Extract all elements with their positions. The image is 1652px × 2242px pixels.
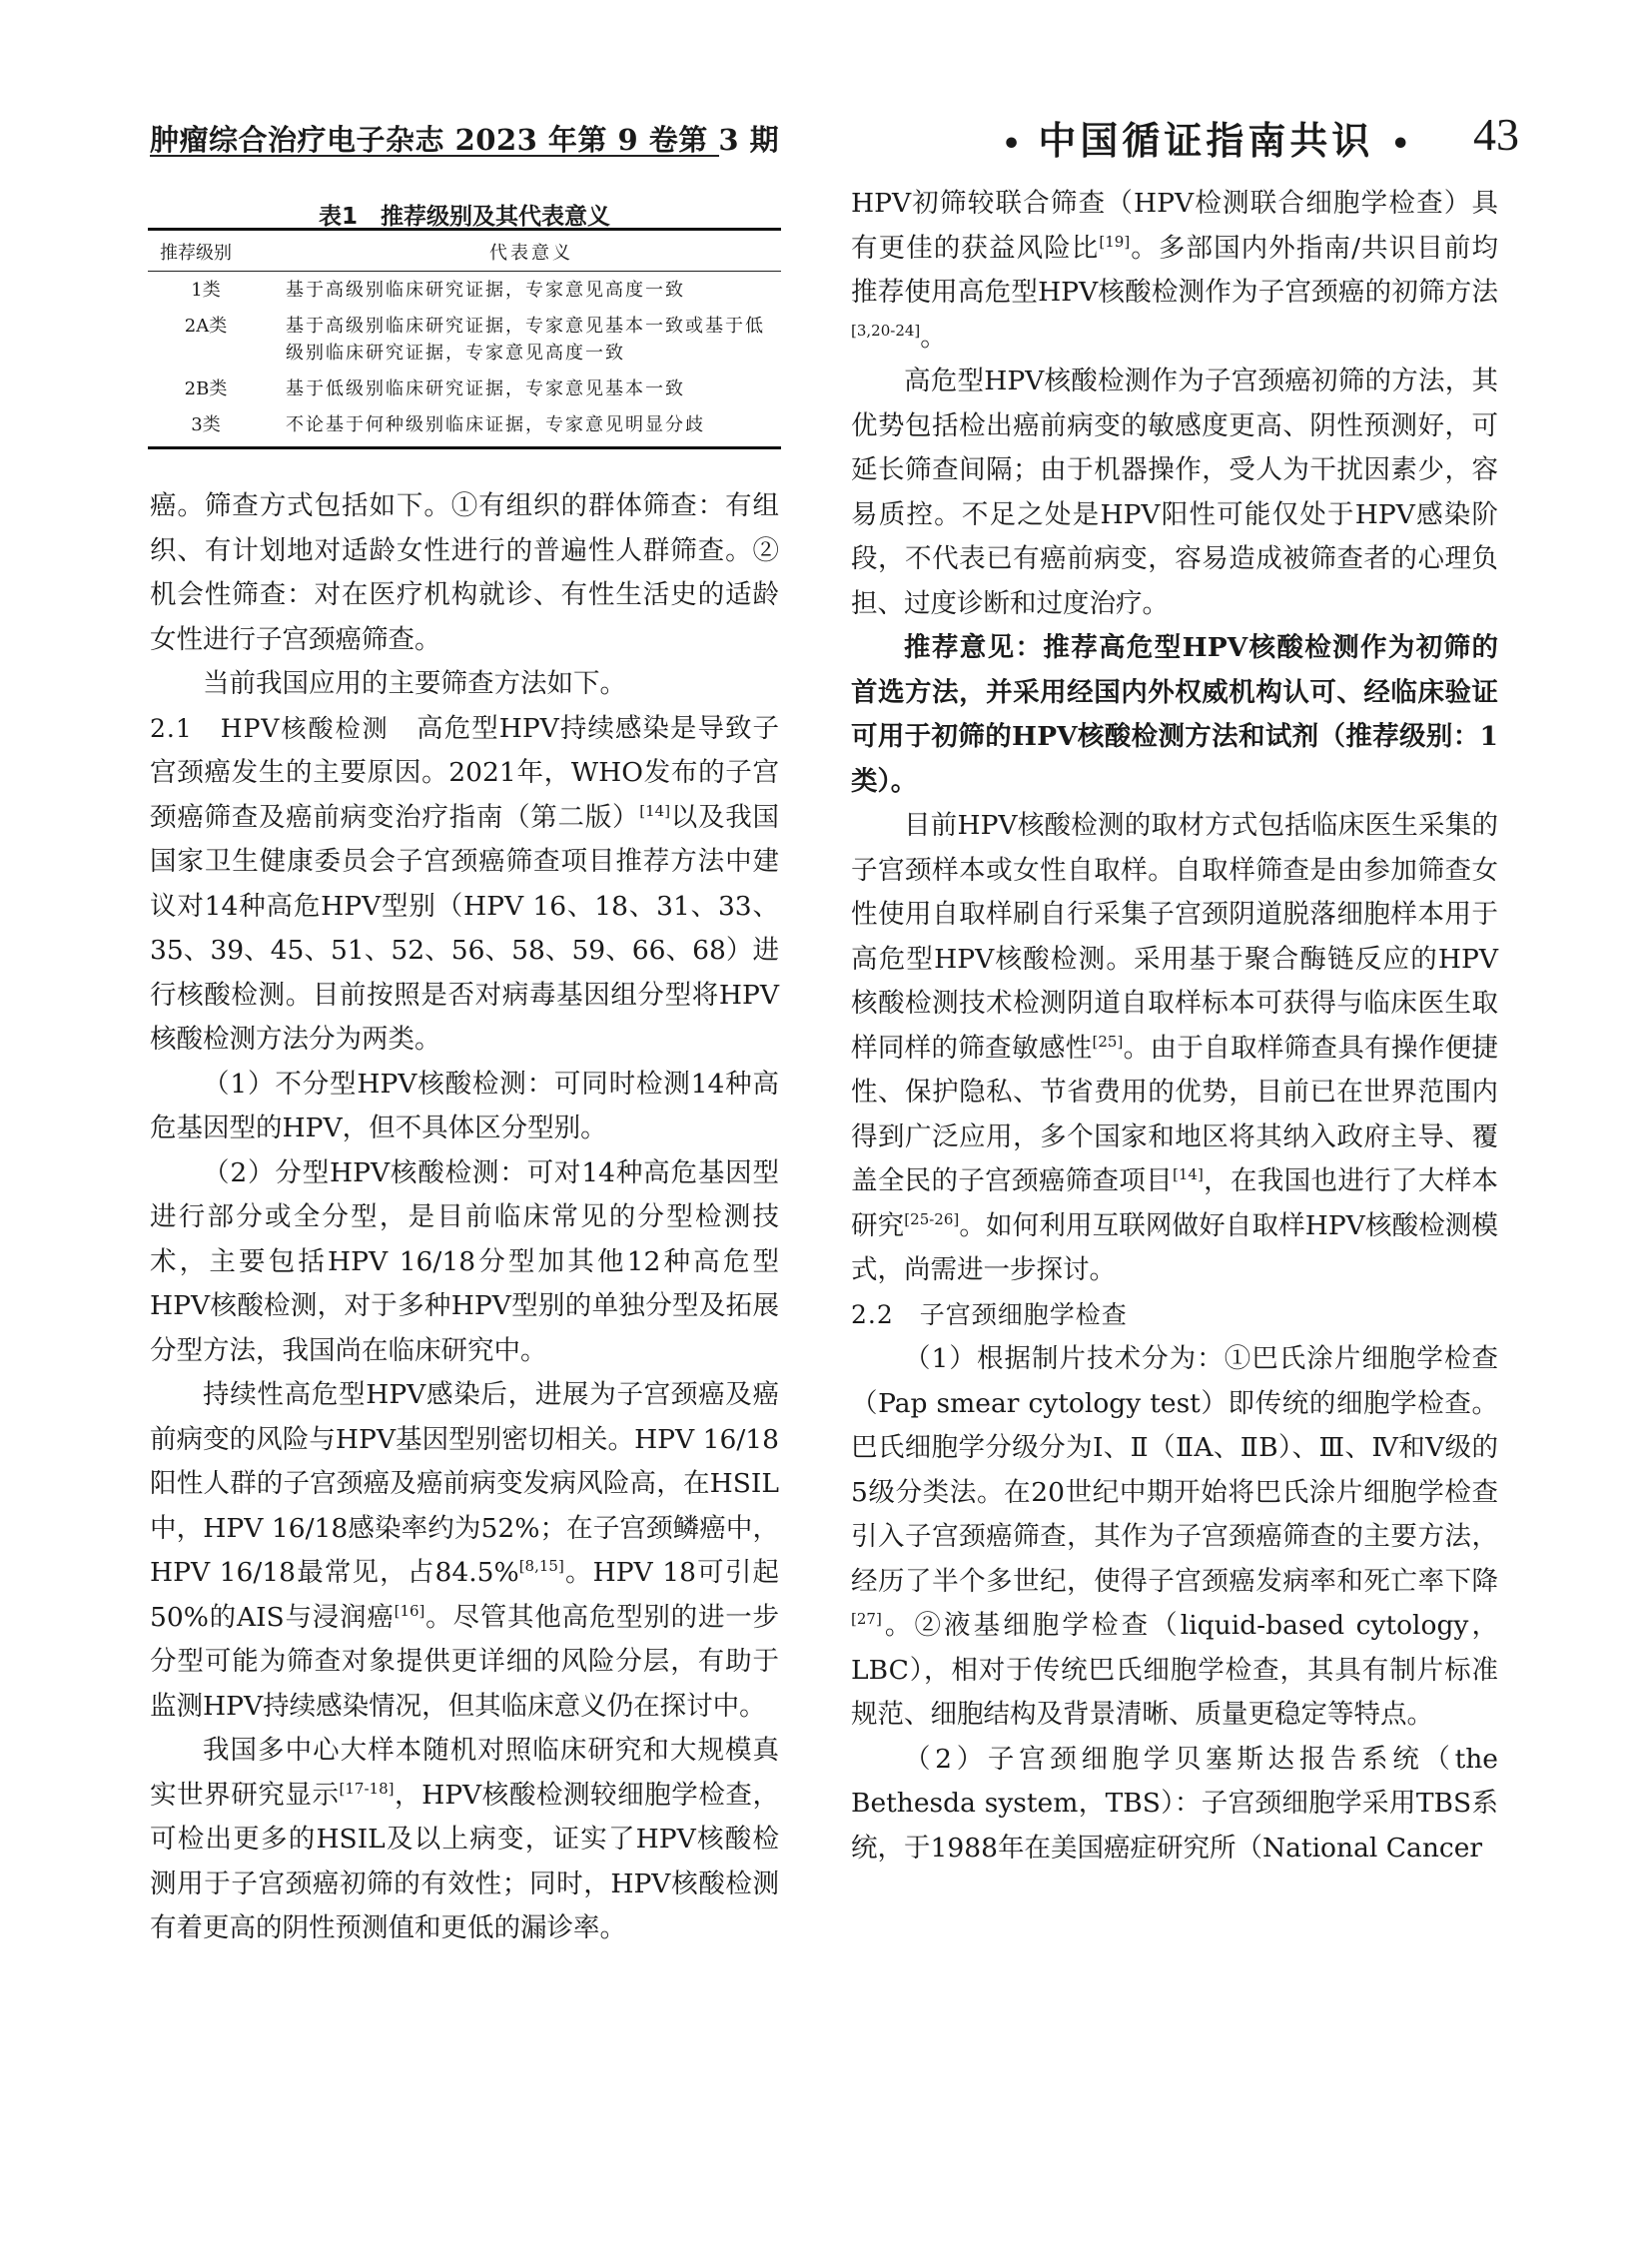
section-title: 中国循证指南共识 bbox=[1038, 118, 1373, 163]
paragraph: 持续性高危型HPV感染后，进展为子宫颈癌及癌前病变的风险与HPV基因型别密切相关… bbox=[150, 1373, 779, 1729]
paragraph: 高危型HPV核酸检测作为子宫颈癌初筛的方法，其优势包括检出癌前病变的敏感度更高、… bbox=[851, 360, 1498, 626]
paragraph: 癌。筛查方式包括如下。①有组织的群体筛查：有组织、有计划地对适龄女性进行的普遍性… bbox=[150, 484, 779, 662]
meaning-cell: 基于高级别临床研究证据，专家意见高度一致 bbox=[264, 272, 781, 309]
level-cell: 3类 bbox=[148, 406, 264, 448]
paragraph: （2）分型HPV核酸检测：可对14种高危基因型进行部分或全分型，是目前临床常见的… bbox=[150, 1151, 779, 1374]
citation: [14] bbox=[1173, 1165, 1204, 1183]
table-row: 1类 基于高级别临床研究证据，专家意见高度一致 bbox=[148, 272, 781, 309]
section-header: • 中国循证指南共识 • bbox=[1002, 110, 1410, 165]
left-column: 癌。筛查方式包括如下。①有组织的群体筛查：有组织、有计划地对适龄女性进行的普遍性… bbox=[150, 484, 779, 1951]
page-number: 43 bbox=[1473, 108, 1519, 161]
paragraph: （1）根据制片技术分为：①巴氏涂片细胞学检查（Pap smear cytolog… bbox=[851, 1337, 1498, 1738]
level-cell: 2A类 bbox=[148, 308, 264, 371]
paragraph: 目前HPV核酸检测的取材方式包括临床医生采集的子宫颈样本或女性自取样。自取样筛查… bbox=[851, 804, 1498, 1293]
level-cell: 2B类 bbox=[148, 371, 264, 406]
bullet-icon: • bbox=[1002, 127, 1021, 162]
table-caption: 表1 推荐级别及其代表意义 bbox=[150, 198, 779, 231]
recommendation-paragraph: 推荐意见：推荐高危型HPV核酸检测作为初筛的首选方法，并采用经国内外权威机构认可… bbox=[851, 626, 1498, 804]
paragraph: 我国多中心大样本随机对照临床研究和大规模真实世界研究显示[17-18]，HPV核… bbox=[150, 1729, 779, 1951]
header-rule bbox=[150, 155, 719, 157]
recommendation-level-table: 推荐级别 代表意义 1类 基于高级别临床研究证据，专家意见高度一致 2A类 基于… bbox=[148, 228, 781, 449]
section-heading: 2.2 子宫颈细胞学检查 bbox=[851, 1293, 1498, 1338]
meaning-cell: 基于高级别临床研究证据，专家意见基本一致或基于低级别临床研究证据，专家意见高度一… bbox=[264, 308, 781, 371]
level-cell: 1类 bbox=[148, 272, 264, 309]
meaning-cell: 不论基于何种级别临床证据，专家意见明显分歧 bbox=[264, 406, 781, 448]
column-header-level: 推荐级别 bbox=[148, 230, 264, 272]
table-header-row: 推荐级别 代表意义 bbox=[148, 230, 781, 272]
table-row: 2A类 基于高级别临床研究证据，专家意见基本一致或基于低级别临床研究证据，专家意… bbox=[148, 308, 781, 371]
right-column: HPV初筛较联合筛查（HPV检测联合细胞学检查）具有更佳的获益风险比[19]。多… bbox=[851, 182, 1498, 1870]
citation: [3,20-24] bbox=[851, 322, 920, 340]
citation: [25] bbox=[1093, 1033, 1124, 1051]
table-row: 3类 不论基于何种级别临床证据，专家意见明显分歧 bbox=[148, 406, 781, 448]
journal-header: 肿瘤综合治疗电子杂志 2023 年第 9 卷第 3 期 bbox=[150, 118, 779, 159]
citation: [17-18] bbox=[340, 1780, 395, 1798]
citation: [19] bbox=[1099, 233, 1130, 251]
section-2-1: 2.1 HPV核酸检测 高危型HPV持续感染是导致子宫颈癌发生的主要原因。202… bbox=[150, 707, 779, 1063]
table-row: 2B类 基于低级别临床研究证据，专家意见基本一致 bbox=[148, 371, 781, 406]
citation: [16] bbox=[395, 1602, 425, 1620]
citation: [8,15] bbox=[519, 1557, 564, 1575]
bullet-icon: • bbox=[1391, 127, 1410, 162]
paragraph: HPV初筛较联合筛查（HPV检测联合细胞学检查）具有更佳的获益风险比[19]。多… bbox=[851, 182, 1498, 360]
paragraph: （2）子宫颈细胞学贝塞斯达报告系统（the Bethesda system，TB… bbox=[851, 1738, 1498, 1871]
section-heading: 2.1 HPV核酸检测 bbox=[150, 714, 390, 743]
meaning-cell: 基于低级别临床研究证据，专家意见基本一致 bbox=[264, 371, 781, 406]
paragraph: 当前我国应用的主要筛查方法如下。 bbox=[150, 662, 779, 707]
column-header-meaning: 代表意义 bbox=[264, 230, 781, 272]
citation: [27] bbox=[851, 1610, 882, 1628]
paragraph: （1）不分型HPV核酸检测：可同时检测14种高危基因型的HPV，但不具体区分型别… bbox=[150, 1063, 779, 1151]
citation: [14] bbox=[639, 802, 670, 820]
citation: [25-26] bbox=[904, 1210, 959, 1228]
